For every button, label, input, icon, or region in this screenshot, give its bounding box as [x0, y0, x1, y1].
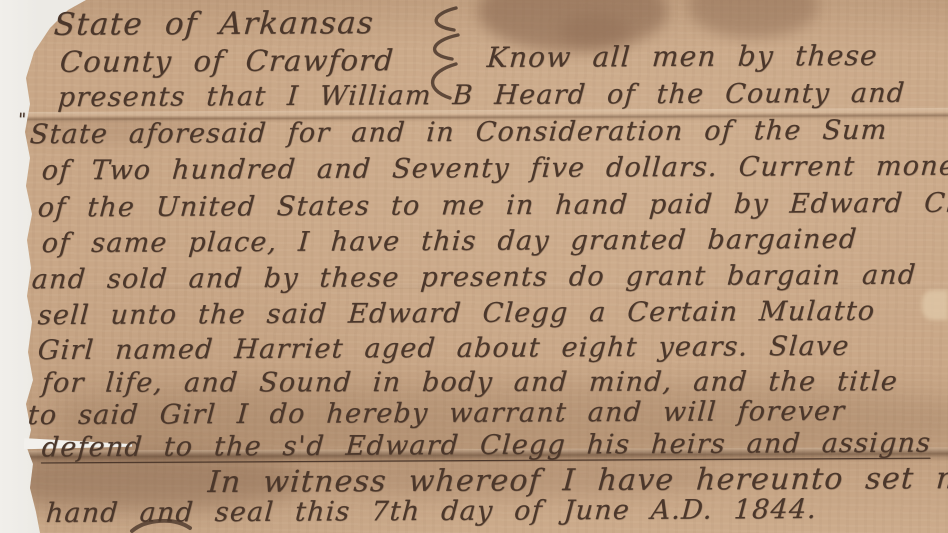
heading-state-line: State of Arkansas	[53, 5, 375, 43]
doc-line: In witness whereof I have hereunto set m…	[207, 461, 948, 500]
torn-edge-notch	[922, 290, 948, 320]
doc-line: of same place, I have this day granted b…	[41, 224, 859, 259]
opening-phrase: Know all men by these	[486, 39, 879, 74]
doc-line: of Two hundred and Seventy five dollars.…	[41, 151, 948, 187]
doc-line-underlined: defend to the s'd Edward Clegg his heirs…	[41, 428, 932, 464]
doc-line: State aforesaid for and in Consideration…	[29, 115, 889, 150]
doc-line: sell unto the said Edward Clegg a Certai…	[37, 296, 876, 331]
doc-line: presents that I William B Heard of the C…	[57, 78, 907, 113]
doc-line: and sold and by these presents do grant …	[31, 260, 918, 296]
insertion-mark: "	[17, 110, 27, 130]
doc-line: to said Girl I do hereby warrant and wil…	[27, 396, 846, 431]
ink-stain	[688, 0, 818, 38]
partial-next-line-stroke	[128, 519, 198, 533]
doc-line: for life, and Sound in body and mind, an…	[41, 366, 899, 398]
doc-line: Girl named Harriet aged about eight year…	[37, 331, 851, 366]
scanned-document-photo: State of Arkansas County of Crawford Kno…	[0, 0, 948, 533]
doc-line: of the United States to me in hand paid …	[37, 187, 948, 223]
heading-county-line: County of Crawford	[59, 43, 395, 79]
